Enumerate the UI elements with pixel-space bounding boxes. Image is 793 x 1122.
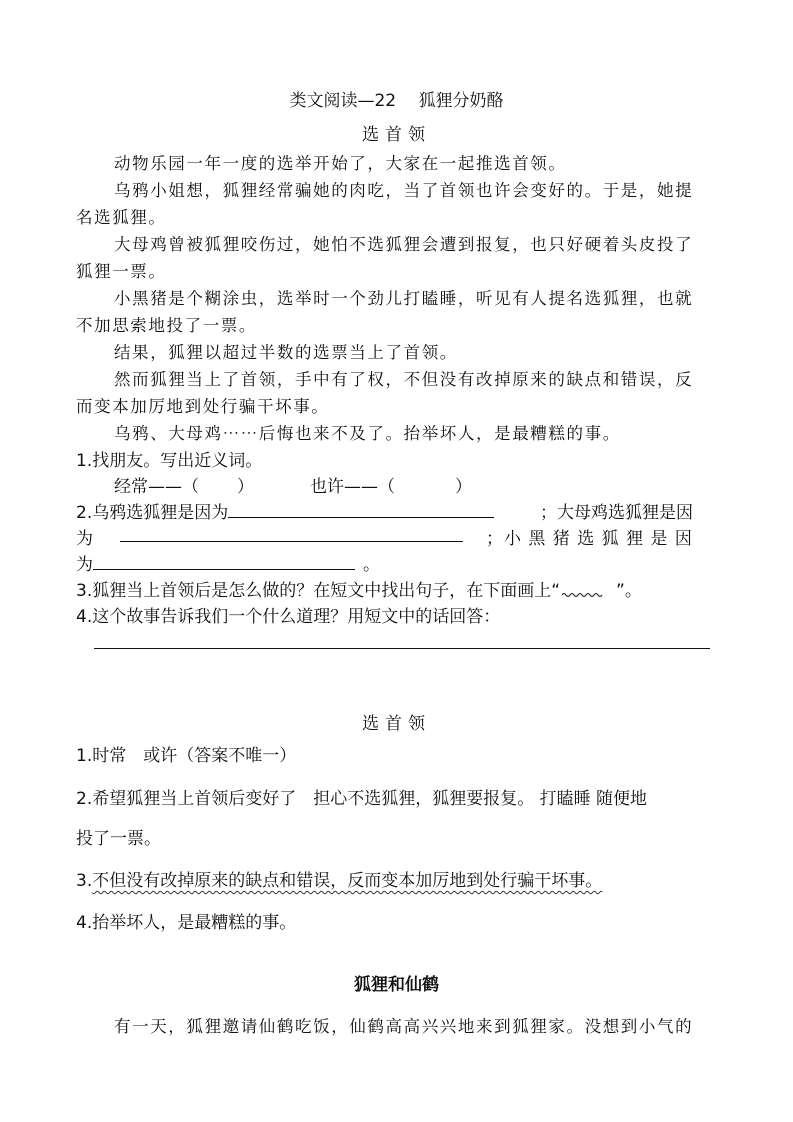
answer-3-underlined-sentence: 不但没有改掉原来的缺点和错误，反而变本加厉地到处行骗干坏事。 xyxy=(92,871,602,891)
question-1-word-2: 也许——（） xyxy=(310,472,472,497)
story-paragraph: 不加思索地投了一票。 xyxy=(76,312,257,336)
question-4: 4.这个故事告诉我们一个什么道理？用短文中的话回答： xyxy=(76,602,500,627)
answer-3-number: 3. xyxy=(76,871,92,891)
question-2-text: 2.乌鸦选狐狸是因为 xyxy=(76,503,228,523)
story-paragraph: 动物乐园一年一度的选举开始了，大家在一起推选首领。 xyxy=(114,150,567,174)
question-1-word-1: 经常——（） xyxy=(114,472,254,497)
period: 。 xyxy=(363,555,380,575)
synonym-prompt-yexu: 也许——（ xyxy=(310,477,395,497)
story-paragraph: 小黑猪是个糊涂虫，选举时一个劲儿打瞌睡，听见有人提名选狐狸，也就 xyxy=(114,285,693,309)
answer-1: 1.时常 或许（答案不唯一） xyxy=(76,741,296,766)
answer-line-q4[interactable] xyxy=(94,648,710,649)
question-1-label: 1.找朋友。写出近义词。 xyxy=(76,446,262,471)
page-title: 类文阅读—22 狐狸分奶酪 xyxy=(0,86,793,111)
section-heading-fox-and-crane: 狐狸和仙鹤 xyxy=(0,970,793,995)
section-heading-xuan-shou-ling: 选首领 xyxy=(0,120,793,145)
close-quote: ”。 xyxy=(616,581,642,601)
question-2-wei: 为 xyxy=(76,555,93,575)
answer-blank-crow[interactable] xyxy=(228,503,494,518)
story-paragraph: 乌鸦、大母鸡⋯⋯后悔也来不及了。抬举坏人，是最糟糕的事。 xyxy=(114,420,621,444)
question-2-line-1: 2.乌鸦选狐狸是因为 xyxy=(76,498,494,523)
close-paren: ） xyxy=(237,477,254,497)
close-paren: ） xyxy=(455,477,472,497)
question-2-wei: 为 xyxy=(76,524,93,549)
question-2-line-1-end: ；大母鸡选狐狸是因 xyxy=(540,498,693,523)
question-2-line-3: 为。 xyxy=(76,550,380,575)
answer-blank-pig[interactable] xyxy=(93,555,355,570)
story-paragraph: 名选狐狸。 xyxy=(76,204,167,228)
answer-2-line-1: 2.希望狐狸当上首领后变好了 担心不选狐狸，狐狸要报复。 打瞌睡 随便地 xyxy=(76,784,647,809)
story-paragraph: 有一天，狐狸邀请仙鹤吃饭，仙鹤高高兴兴地来到狐狸家。没想到小气的 xyxy=(114,1013,693,1037)
question-2-line-2-end: ；小 黑 猪 选 狐 狸 是 因 xyxy=(486,524,693,549)
question-3: 3.狐狸当上首领后是怎么做的？在短文中找出句子，在下面画上“ ”。 xyxy=(76,576,642,601)
story-paragraph: 而变本加厉地到处行骗干坏事。 xyxy=(76,393,329,417)
story-paragraph: 狐狸一票。 xyxy=(76,258,167,282)
story-paragraph: 大母鸡曾被狐狸咬伤过，她怕不选狐狸会遭到报复，也只好硬着头皮投了 xyxy=(114,231,693,255)
wavy-underline-sample-icon xyxy=(560,583,608,593)
answer-3: 3.不但没有改掉原来的缺点和错误，反而变本加厉地到处行骗干坏事。 xyxy=(76,866,602,891)
synonym-prompt-jingchang: 经常——（ xyxy=(114,477,199,497)
story-paragraph: 乌鸦小姐想，狐狸经常骗她的肉吃，当了首领也许会变好的。于是，她提 xyxy=(114,177,693,201)
answer-4: 4.抬举坏人，是最糟糕的事。 xyxy=(76,908,296,933)
answer-2-line-2: 投了一票。 xyxy=(76,824,161,849)
story-paragraph: 然而狐狸当上了首领，手中有了权，不但没有改掉原来的缺点和错误，反 xyxy=(114,366,693,390)
answer-blank-hen[interactable] xyxy=(120,541,463,542)
story-paragraph: 结果，狐狸以超过半数的选票当上了首领。 xyxy=(114,339,458,363)
question-3-text: 3.狐狸当上首领后是怎么做的？在短文中找出句子，在下面画上“ xyxy=(76,581,560,601)
answers-heading: 选首领 xyxy=(0,709,793,734)
